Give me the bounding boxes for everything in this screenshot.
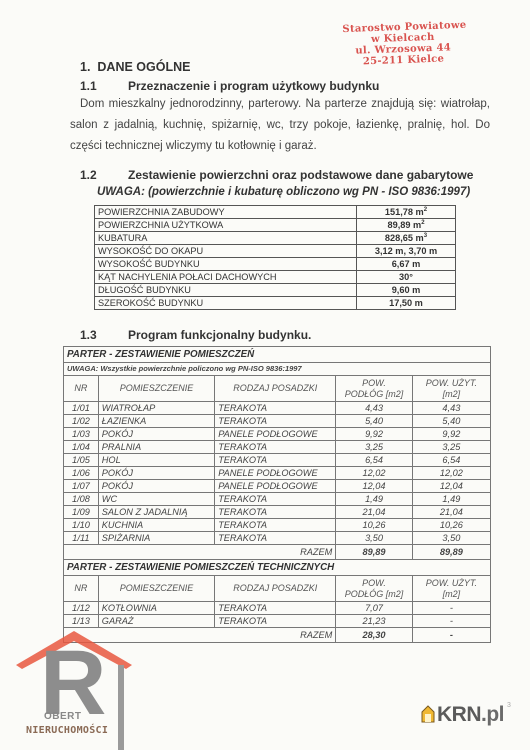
- usable-area: 4,43: [412, 402, 490, 415]
- value-text: 3,12 m, 3,70 m: [375, 246, 437, 256]
- table-row: 1/07POKÓJPANELE PODŁOGOWE12,0412,04: [64, 480, 491, 493]
- dimension-row: WYSOKOŚĆ DO OKAPU3,12 m, 3,70 m: [95, 245, 456, 258]
- table-row: 1/01WIATROŁAPTERAKOTA4,434,43: [64, 402, 491, 415]
- header-usable-area: POW. UŻYT.[m2]: [412, 376, 490, 402]
- header-line: PODŁÓG [m2]: [339, 589, 408, 600]
- header-floor-area: POW.PODŁÓG [m2]: [336, 376, 412, 402]
- room-number: 1/08: [64, 493, 99, 506]
- room-number: 1/01: [64, 402, 99, 415]
- dimension-row: KĄT NACHYLENIA POŁACI DACHOWYCH30°: [95, 271, 456, 284]
- total-label: RAZEM: [64, 545, 336, 560]
- room-number: 1/11: [64, 532, 99, 545]
- room-number: 1/12: [64, 602, 99, 615]
- room-name: POKÓJ: [98, 428, 214, 441]
- house-icon: [421, 705, 435, 723]
- room-name: SALON Z JADALNIĄ: [98, 506, 214, 519]
- value-text: 828,65 m: [385, 233, 424, 243]
- table-title-row: PARTER - ZESTAWIENIE POMIESZCZEŃ TECHNIC…: [64, 560, 491, 576]
- section-heading-1-3: 1.3Program funkcjonalny budynku.: [80, 328, 311, 342]
- krn-suffix: .pl: [481, 703, 504, 726]
- table-row: 1/12KOTŁOWNIATERAKOTA7,07-: [64, 602, 491, 615]
- floor-area: 6,54: [336, 454, 412, 467]
- table-note: UWAGA: Wszystkie powierzchnie policzono …: [64, 363, 491, 376]
- table-row: 1/08WCTERAKOTA1,491,49: [64, 493, 491, 506]
- floor-type: TERAKOTA: [215, 441, 336, 454]
- calculation-note: UWAGA: (powierzchnie i kubaturę obliczon…: [97, 186, 470, 198]
- room-name: SPIŻARNIA: [98, 532, 214, 545]
- usable-area: 12,02: [412, 467, 490, 480]
- room-name: POKÓJ: [98, 480, 214, 493]
- floor-type: TERAKOTA: [215, 506, 336, 519]
- header-room: POMIESZCZENIE: [98, 376, 214, 402]
- header-usable-area: POW. UŻYT.[m2]: [412, 576, 490, 602]
- room-name: HOL: [98, 454, 214, 467]
- floor-area: 21,04: [336, 506, 412, 519]
- dimension-row: KUBATURA828,65 m3: [95, 232, 456, 245]
- header-floor-type: RODZAJ POSADZKI: [215, 376, 336, 402]
- header-room: POMIESZCZENIE: [98, 576, 214, 602]
- section-heading-1: 1. DANE OGÓLNE: [80, 60, 190, 74]
- total-floor-area: 89,89: [336, 545, 412, 560]
- usable-area: 1,49: [412, 493, 490, 506]
- header-line: POW. UŻYT.: [416, 578, 487, 589]
- usable-area: 3,50: [412, 532, 490, 545]
- room-number: 1/10: [64, 519, 99, 532]
- table-header-row: NRPOMIESZCZENIERODZAJ POSADZKIPOW.PODŁÓG…: [64, 576, 491, 602]
- value-text: 89,89 m: [387, 220, 421, 230]
- floor-area: 9,92: [336, 428, 412, 441]
- document-page: Starostwo Powiatowe w Kielcach ul. Wrzos…: [0, 0, 530, 750]
- krn-text: KRN: [437, 703, 481, 726]
- floor-area: 3,25: [336, 441, 412, 454]
- usable-area: -: [412, 615, 490, 628]
- header-line: POW.: [339, 378, 408, 389]
- room-name: KOTŁOWNIA: [98, 602, 214, 615]
- robert-nieruchomosci-logo: R OBERT NIERUCHOMOŚCI: [14, 625, 124, 745]
- floor-type: TERAKOTA: [215, 402, 336, 415]
- table-row: 1/02ŁAZIENKATERAKOTA5,405,40: [64, 415, 491, 428]
- usable-area: 3,25: [412, 441, 490, 454]
- room-number: 1/06: [64, 467, 99, 480]
- value-text: 30°: [399, 272, 413, 282]
- usable-area: -: [412, 602, 490, 615]
- dimension-value: 17,50 m: [357, 297, 456, 310]
- floor-area: 10,26: [336, 519, 412, 532]
- section-heading-1-2: 1.2Zestawienie powierzchni oraz podstawo…: [80, 168, 473, 182]
- usable-area: 5,40: [412, 415, 490, 428]
- floor-type: TERAKOTA: [215, 493, 336, 506]
- floor-area: 12,04: [336, 480, 412, 493]
- table-title-row: PARTER - ZESTAWIENIE POMIESZCZEŃ: [64, 347, 491, 363]
- floor-area: 4,43: [336, 402, 412, 415]
- header-line: [m2]: [416, 389, 487, 400]
- value-text: 9,60 m: [392, 285, 421, 295]
- dimension-label: POWIERZCHNIA UŻYTKOWA: [95, 219, 357, 232]
- usable-area: 21,04: [412, 506, 490, 519]
- logo-subtext: NIERUCHOMOŚCI: [26, 725, 108, 736]
- unit-exponent: 2: [421, 220, 424, 226]
- description-paragraph: Dom mieszkalny jednorodzinny, parterowy.…: [70, 94, 490, 157]
- header-nr: NR: [64, 576, 99, 602]
- header-line: [m2]: [416, 589, 487, 600]
- dimension-label: WYSOKOŚĆ DO OKAPU: [95, 245, 357, 258]
- dimension-row: DŁUGOŚĆ BUDYNKU9,60 m: [95, 284, 456, 297]
- table-row: 1/05HOLTERAKOTA6,546,54: [64, 454, 491, 467]
- rooms-table: PARTER - ZESTAWIENIE POMIESZCZEŃUWAGA: W…: [63, 346, 491, 643]
- office-stamp: Starostwo Powiatowe w Kielcach ul. Wrzos…: [342, 20, 463, 68]
- room-number: 1/04: [64, 441, 99, 454]
- header-floor-area: POW.PODŁÓG [m2]: [336, 576, 412, 602]
- dimension-value: 6,67 m: [357, 258, 456, 271]
- table-row: 1/10KUCHNIATERAKOTA10,2610,26: [64, 519, 491, 532]
- floor-type: TERAKOTA: [215, 519, 336, 532]
- section-number: 1.: [80, 60, 90, 74]
- table-row: 1/06POKÓJPANELE PODŁOGOWE12,0212,02: [64, 467, 491, 480]
- dimension-value: 151,78 m2: [357, 206, 456, 219]
- floor-type: TERAKOTA: [215, 532, 336, 545]
- room-name: WIATROŁAP: [98, 402, 214, 415]
- floor-type: TERAKOTA: [215, 415, 336, 428]
- section-number: 1.2: [80, 168, 128, 182]
- section-number: 1.3: [80, 328, 128, 342]
- header-line: POW. UŻYT.: [416, 378, 487, 389]
- table-row: 1/11SPIŻARNIATERAKOTA3,503,50: [64, 532, 491, 545]
- room-name: PRALNIA: [98, 441, 214, 454]
- room-name: POKÓJ: [98, 467, 214, 480]
- floor-area: 7,07: [336, 602, 412, 615]
- dimension-value: 89,89 m2: [357, 219, 456, 232]
- usable-area: 9,92: [412, 428, 490, 441]
- room-name: WC: [98, 493, 214, 506]
- value-text: 151,78 m: [385, 207, 424, 217]
- dimension-value: 3,12 m, 3,70 m: [357, 245, 456, 258]
- value-text: 17,50 m: [389, 298, 423, 308]
- value-text: 6,67 m: [392, 259, 421, 269]
- dimension-label: WYSOKOŚĆ BUDYNKU: [95, 258, 357, 271]
- dimension-label: POWIERZCHNIA ZABUDOWY: [95, 206, 357, 219]
- logo-text: OBERT: [44, 711, 82, 722]
- unit-exponent: 2: [424, 207, 427, 213]
- room-number: 1/05: [64, 454, 99, 467]
- section-title: DANE OGÓLNE: [97, 60, 190, 74]
- dimension-row: SZEROKOŚĆ BUDYNKU17,50 m: [95, 297, 456, 310]
- total-floor-area: 28,30: [336, 628, 412, 643]
- header-line: POW.: [339, 578, 408, 589]
- dimension-row: POWIERZCHNIA UŻYTKOWA89,89 m2: [95, 219, 456, 232]
- dimensions-table: POWIERZCHNIA ZABUDOWY151,78 m2POWIERZCHN…: [94, 205, 456, 310]
- dimension-label: KĄT NACHYLENIA POŁACI DACHOWYCH: [95, 271, 357, 284]
- header-floor-type: RODZAJ POSADZKI: [215, 576, 336, 602]
- unit-exponent: 3: [424, 233, 427, 239]
- table-note-row: UWAGA: Wszystkie powierzchnie policzono …: [64, 363, 491, 376]
- page-number: 3: [507, 702, 511, 709]
- dimension-row: WYSOKOŚĆ BUDYNKU6,67 m: [95, 258, 456, 271]
- section-title: Program funkcjonalny budynku.: [128, 328, 311, 342]
- paragraph-text: Dom mieszkalny jednorodzinny, parterowy.…: [70, 98, 490, 152]
- floor-type: TERAKOTA: [215, 602, 336, 615]
- dimension-row: POWIERZCHNIA ZABUDOWY151,78 m2: [95, 206, 456, 219]
- floor-area: 5,40: [336, 415, 412, 428]
- floor-area: 3,50: [336, 532, 412, 545]
- dimension-label: KUBATURA: [95, 232, 357, 245]
- floor-type: PANELE PODŁOGOWE: [215, 467, 336, 480]
- header-nr: NR: [64, 376, 99, 402]
- floor-area: 12,02: [336, 467, 412, 480]
- usable-area: 6,54: [412, 454, 490, 467]
- room-name: ŁAZIENKA: [98, 415, 214, 428]
- floor-area: 1,49: [336, 493, 412, 506]
- total-usable-area: 89,89: [412, 545, 490, 560]
- dimension-value: 9,60 m: [357, 284, 456, 297]
- floor-area: 21,23: [336, 615, 412, 628]
- section-number: 1.1: [80, 79, 128, 93]
- total-usable-area: -: [412, 628, 490, 643]
- section-title: Zestawienie powierzchni oraz podstawowe …: [128, 168, 473, 182]
- table-header-row: NRPOMIESZCZENIERODZAJ POSADZKIPOW.PODŁÓG…: [64, 376, 491, 402]
- krn-logo[interactable]: KRN.pl: [421, 703, 504, 727]
- table-title: PARTER - ZESTAWIENIE POMIESZCZEŃ: [64, 347, 491, 363]
- table-row: 1/04PRALNIATERAKOTA3,253,25: [64, 441, 491, 454]
- table-row: 1/03POKÓJPANELE PODŁOGOWE9,929,92: [64, 428, 491, 441]
- total-row: RAZEM89,8989,89: [64, 545, 491, 560]
- room-number: 1/02: [64, 415, 99, 428]
- section-heading-1-1: 1.1Przeznaczenie i program użytkowy budy…: [80, 79, 379, 93]
- room-number: 1/03: [64, 428, 99, 441]
- table-row: 1/09SALON Z JADALNIĄTERAKOTA21,0421,04: [64, 506, 491, 519]
- logo-bar: [118, 665, 124, 750]
- dimension-value: 30°: [357, 271, 456, 284]
- dimension-label: SZEROKOŚĆ BUDYNKU: [95, 297, 357, 310]
- section-title: Przeznaczenie i program użytkowy budynku: [128, 79, 379, 93]
- usable-area: 10,26: [412, 519, 490, 532]
- dimension-value: 828,65 m3: [357, 232, 456, 245]
- room-name: KUCHNIA: [98, 519, 214, 532]
- room-number: 1/07: [64, 480, 99, 493]
- header-line: PODŁÓG [m2]: [339, 389, 408, 400]
- floor-type: TERAKOTA: [215, 454, 336, 467]
- floor-type: PANELE PODŁOGOWE: [215, 480, 336, 493]
- floor-type: PANELE PODŁOGOWE: [215, 428, 336, 441]
- usable-area: 12,04: [412, 480, 490, 493]
- dimension-label: DŁUGOŚĆ BUDYNKU: [95, 284, 357, 297]
- room-number: 1/09: [64, 506, 99, 519]
- table-title: PARTER - ZESTAWIENIE POMIESZCZEŃ TECHNIC…: [64, 560, 491, 576]
- floor-type: TERAKOTA: [215, 615, 336, 628]
